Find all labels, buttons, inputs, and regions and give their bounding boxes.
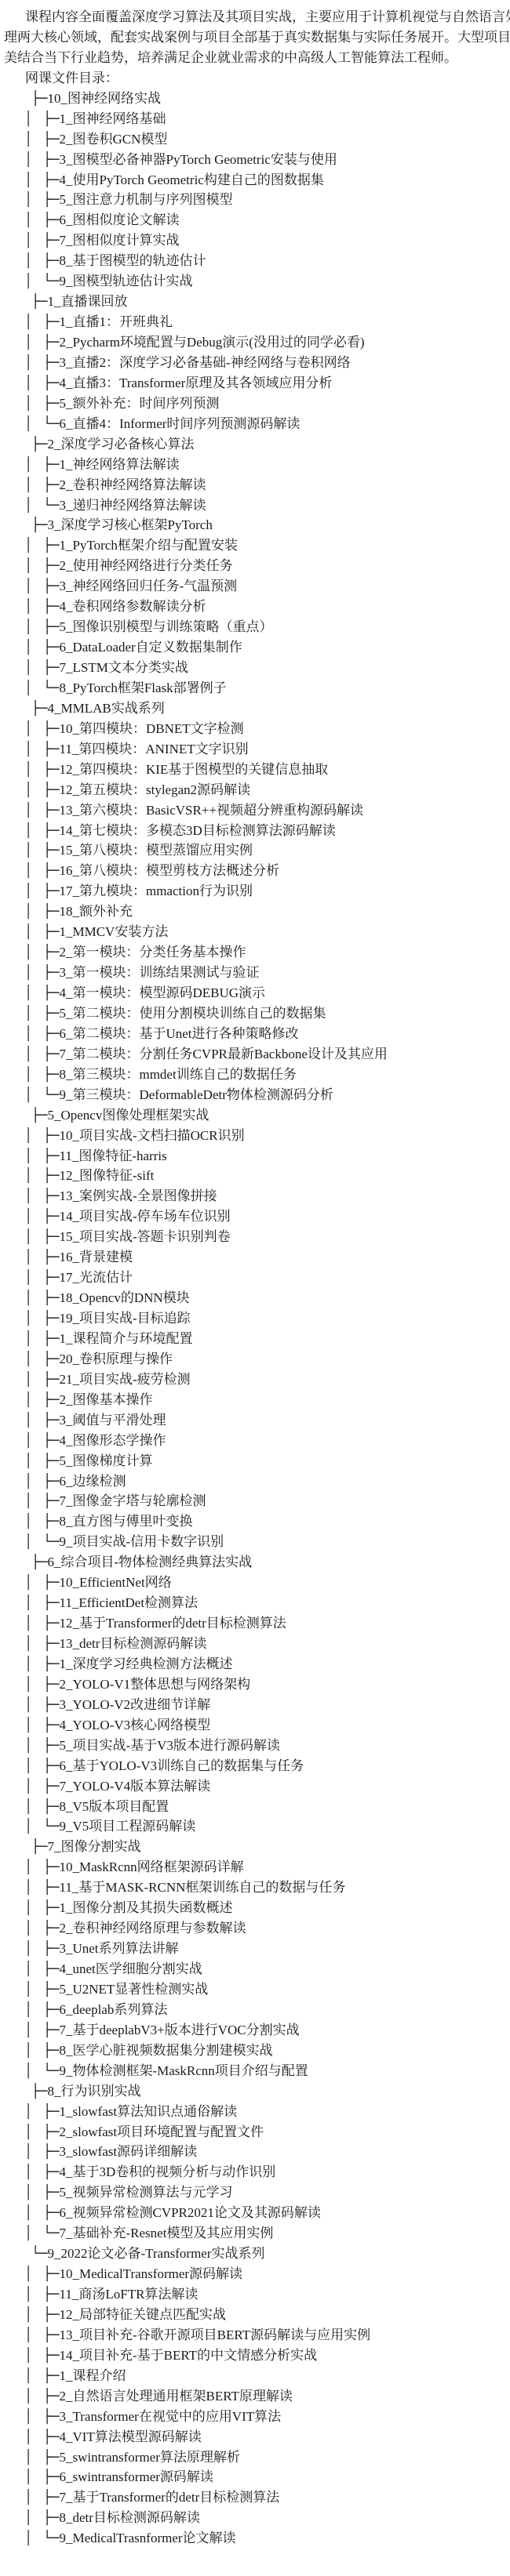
- tree-item: │├─15_第八模块：模型蒸馏应用实例: [0, 840, 510, 861]
- tree-vertical-bar: │: [24, 2041, 43, 2062]
- tree-branch-icon: └─: [43, 1819, 59, 1834]
- tree-branch-icon: ├─: [43, 803, 59, 818]
- tree-item-label: 15_项目实战-答题卡识别判卷: [59, 1229, 230, 1244]
- tree-item-label: 10_第四模块：DBNET文字检测: [59, 721, 243, 736]
- tree-vertical-bar: │: [24, 1431, 43, 1452]
- tree-item-label: 1_图像分割及其损失函数概述: [59, 1900, 232, 1915]
- tree-branch-icon: └─: [43, 1534, 59, 1550]
- tree-item: │├─4_卷积网络参数解读分析: [0, 597, 510, 617]
- tree-item-label: 4_直播3：Transformer原理及其各领域应用分析: [59, 376, 332, 390]
- tree-vertical-bar: │: [24, 923, 43, 943]
- tree-branch-icon: ├─: [43, 1372, 59, 1388]
- tree-item: │├─8_V5版本项目配置: [0, 1797, 510, 1817]
- tree-folder-label: 2_深度学习必备核心算法: [47, 437, 194, 452]
- tree-item: │├─11_EfficientDet检测算法: [0, 1593, 510, 1613]
- tree-folder-label: 10_图神经网络实战: [47, 91, 161, 106]
- tree-folder-label: 7_图像分割实战: [47, 1839, 140, 1854]
- tree-vertical-bar: │: [24, 171, 43, 191]
- tree-branch-icon: ├─: [43, 1229, 59, 1245]
- tree-branch-icon: ├─: [43, 1575, 59, 1591]
- tree-item-label: 10_MedicalTransformer源码解读: [59, 2266, 242, 2281]
- tree-item-label: 4_第一模块：模型源码DEBUG演示: [59, 985, 265, 1000]
- tree-vertical-bar: │: [24, 1309, 43, 1330]
- tree-item: │├─11_图像特征-harris: [0, 1146, 510, 1166]
- tree-item-label: 7_图相似度计算实战: [59, 233, 179, 248]
- intro-line-1: 课程内容全面覆盖深度学习算法及其项目实战，主要应用于计算机视觉与自然语言处: [0, 7, 510, 27]
- tree-folder-label: 3_深度学习核心框架PyTorch: [47, 517, 212, 532]
- tree-branch-icon: ├─: [43, 2287, 59, 2302]
- tree-item: │├─6_第二模块：基于Unet进行各种策略修改: [0, 1024, 510, 1044]
- tree-folder-label: 6_综合项目-物体检测经典算法实战: [47, 1555, 252, 1569]
- tree-item-label: 6_deeplab系列算法: [59, 2002, 167, 2017]
- tree-item: │├─8_直方图与傅里叶变换: [0, 1511, 510, 1532]
- tree-item-label: 8_直方图与傅里叶变换: [59, 1514, 192, 1529]
- tree-item-label: 8_PyTorch框架Flask部署例子: [59, 680, 226, 695]
- tree-item: │├─15_项目实战-答题卡识别判卷: [0, 1227, 510, 1247]
- tree-item-label: 4_unet医学细胞分割实战: [59, 1961, 202, 1976]
- tree-folder: ├─7_图像分割实战: [0, 1837, 510, 1857]
- tree-branch-icon: ├─: [43, 2266, 59, 2282]
- tree-branch-icon: ├─: [43, 640, 59, 655]
- tree-vertical-bar: │: [24, 2529, 43, 2549]
- tree-branch-icon: ├─: [43, 1128, 59, 1144]
- tree-item-label: 3_阈值与平滑处理: [59, 1413, 166, 1428]
- tree-item-label: 3_slowfast源码详细解读: [59, 2144, 197, 2159]
- tree-item: │├─1_神经网络算法解读: [0, 455, 510, 475]
- tree-item-label: 3_YOLO-V2改进细节详解: [59, 1697, 210, 1712]
- tree-item-label: 14_第七模块：多模态3D目标检测算法源码解读: [59, 823, 335, 838]
- tree-item-label: 7_第二模块：分割任务CVPR最新Backbone设计及其应用: [59, 1047, 387, 1061]
- tree-item: │├─2_图卷积GCN模型: [0, 129, 510, 150]
- tree-item: │├─1_课程介绍: [0, 2366, 510, 2386]
- tree-branch-icon: ├─: [43, 843, 59, 858]
- tree-item: │├─10_MaskRcnn网络框架源码详解: [0, 1857, 510, 1878]
- tree-branch-icon: ├─: [43, 1921, 59, 1936]
- tree-item: │├─2_Pycharm环境配置与Debug演示(没用过的同学必看): [0, 332, 510, 353]
- tree-vertical-bar: │: [24, 374, 43, 394]
- tree-vertical-bar: │: [24, 1655, 43, 1675]
- tree-vertical-bar: │: [24, 2021, 43, 2041]
- tree-branch-icon: ├─: [43, 1738, 59, 1754]
- tree-item: │└─7_基础补充-Resnet模型及其应用实例: [0, 2223, 510, 2244]
- tree-item: │├─1_直播1：开班典礼: [0, 312, 510, 332]
- tree-vertical-bar: │: [24, 2488, 43, 2509]
- tree-branch-icon: ├─: [43, 1067, 59, 1083]
- tree-item-label: 10_EfficientNet网络: [59, 1575, 171, 1590]
- tree-item-label: 7_基于deeplabV3+版本进行VOC分割实战: [59, 2023, 299, 2037]
- tree-folder: ├─8_行为识别实战: [0, 2081, 510, 2102]
- tree-item: │└─9_项目实战-信用卡数字识别: [0, 1532, 510, 1552]
- tree-item-label: 21_项目实战-疲劳检测: [59, 1372, 190, 1387]
- tree-branch-icon: ├─: [43, 1270, 59, 1286]
- tree-item-label: 8_基于图模型的轨迹估计: [59, 253, 206, 268]
- tree-folder: ├─6_综合项目-物体检测经典算法实战: [0, 1552, 510, 1573]
- tree-item-label: 6_直播4：Informer时间序列预测源码解读: [59, 416, 300, 431]
- tree-item: │├─13_案例实战-全景图像拼接: [0, 1186, 510, 1206]
- tree-vertical-bar: │: [24, 1065, 43, 1086]
- tree-vertical-bar: │: [24, 211, 43, 231]
- tree-item: │├─5_图注意力机制与序列图模型: [0, 190, 510, 210]
- tree-item: │├─13_项目补充-谷歌开源项目BERT源码解读与应用实例: [0, 2325, 510, 2346]
- tree-item: │├─6_deeplab系列算法: [0, 2000, 510, 2020]
- tree-branch-icon: ├─: [43, 558, 59, 574]
- tree-branch-icon: ├─: [43, 883, 59, 899]
- tree-item: │├─3_第一模块：训练结果测试与验证: [0, 963, 510, 983]
- tree-branch-icon: ├─: [43, 1026, 59, 1042]
- tree-vertical-bar: │: [24, 2183, 43, 2204]
- tree-branch-icon: ├─: [43, 314, 59, 330]
- tree-item: │├─3_直播2：深度学习必备基础-神经网络与卷积网络: [0, 353, 510, 373]
- tree-branch-icon: └─: [43, 274, 59, 289]
- tree-item-label: 12_图像特征-sift: [59, 1168, 154, 1183]
- tree-vertical-bar: │: [24, 313, 43, 333]
- tree-item-label: 10_项目实战-文档扫描OCR识别: [59, 1128, 244, 1143]
- tree-vertical-bar: │: [24, 2204, 43, 2224]
- tree-item-label: 1_图神经网络基础: [59, 111, 166, 126]
- tree-branch-icon: ├─: [43, 2144, 59, 2160]
- tree-branch-icon: ├─: [43, 1595, 59, 1611]
- tree-branch-icon: ├─: [31, 1108, 47, 1123]
- tree-item-label: 5_第二模块：使用分割模块训练自己的数据集: [59, 1006, 326, 1021]
- tree-item-label: 6_第二模块：基于Unet进行各种策略修改: [59, 1026, 298, 1041]
- tree-branch-icon: ├─: [31, 1839, 47, 1855]
- tree-item: │├─14_项目补充-基于BERT的中文情感分析实战: [0, 2346, 510, 2366]
- tree-item: │└─9_V5项目工程源码解读: [0, 1816, 510, 1837]
- tree-branch-icon: └─: [43, 2063, 59, 2079]
- tree-item: │├─5_swintransformer算法原理解析: [0, 2447, 510, 2468]
- tree-item: │├─8_基于图模型的轨迹估计: [0, 251, 510, 271]
- tree-item-label: 17_光流估计: [59, 1270, 133, 1285]
- tree-vertical-bar: │: [24, 1798, 43, 1818]
- tree-branch-icon: ├─: [43, 1250, 59, 1265]
- tree-item-label: 19_项目实战-目标追踪: [59, 1311, 190, 1326]
- tree-branch-icon: ├─: [43, 579, 59, 594]
- tree-vertical-bar: │: [24, 190, 43, 211]
- tree-branch-icon: ├─: [43, 477, 59, 493]
- tree-item: │├─6_图相似度论文解读: [0, 210, 510, 230]
- tree-item-label: 9_项目实战-信用卡数字识别: [59, 1534, 224, 1549]
- tree-item: │├─6_swintransformer源码解读: [0, 2467, 510, 2487]
- tree-branch-icon: └─: [43, 498, 59, 513]
- tree-item-label: 18_额外补充: [59, 904, 133, 919]
- tree-item-label: 2_图像基本操作: [59, 1392, 152, 1407]
- tree-item: │├─1_课程简介与环境配置: [0, 1329, 510, 1349]
- tree-branch-icon: ├─: [43, 1209, 59, 1225]
- tree-item-label: 6_边缘检测: [59, 1474, 126, 1489]
- tree-item: │├─17_光流估计: [0, 1268, 510, 1288]
- tree-item-label: 10_MaskRcnn网络框架源码详解: [59, 1859, 243, 1874]
- tree-item-label: 2_第一模块：分类任务基本操作: [59, 945, 246, 960]
- tree-item-label: 11_商汤LoFTR算法解读: [59, 2287, 198, 2302]
- tree-item-label: 6_图相似度论文解读: [59, 212, 179, 227]
- tree-branch-icon: └─: [43, 680, 59, 696]
- tree-item: │├─10_项目实战-文档扫描OCR识别: [0, 1126, 510, 1146]
- tree-item: │├─10_第四模块：DBNET文字检测: [0, 719, 510, 739]
- tree-item: │└─3_递归神经网络算法解读: [0, 495, 510, 516]
- tree-branch-icon: ├─: [43, 2002, 59, 2018]
- tree-item: │├─4_unet医学细胞分割实战: [0, 1959, 510, 1979]
- tree-item: │└─9_图模型轨迹估计实战: [0, 271, 510, 292]
- tree-vertical-bar: │: [24, 943, 43, 963]
- tree-branch-icon: ├─: [31, 2084, 47, 2099]
- tree-vertical-bar: │: [24, 110, 43, 130]
- tree-branch-icon: └─: [31, 2246, 47, 2262]
- tree-item: │├─5_图像梯度计算: [0, 1451, 510, 1471]
- tree-item: │├─7_基于deeplabV3+版本进行VOC分割实战: [0, 2020, 510, 2041]
- tree-vertical-bar: │: [24, 2346, 43, 2367]
- tree-item-label: 8_V5版本项目配置: [59, 1799, 169, 1814]
- tree-vertical-bar: │: [24, 354, 43, 374]
- tree-item-label: 5_项目实战-基于V3版本进行源码解读: [59, 1738, 279, 1753]
- tree-branch-icon: ├─: [43, 2124, 59, 2140]
- tree-branch-icon: ├─: [43, 1697, 59, 1713]
- tree-branch-icon: ├─: [43, 2429, 59, 2445]
- tree-branch-icon: ├─: [43, 538, 59, 553]
- tree-vertical-bar: │: [24, 2142, 43, 2163]
- tree-branch-icon: ├─: [43, 172, 59, 188]
- tree-item: │├─7_YOLO-V4版本算法解读: [0, 1776, 510, 1797]
- tree-item: │├─3_神经网络回归任务-气温预测: [0, 576, 510, 597]
- tree-item: │├─3_Transformer在视觉中的应用VIT算法: [0, 2407, 510, 2427]
- tree-item-label: 3_第一模块：训练结果测试与验证: [59, 965, 259, 980]
- tree-item-label: 11_基于MASK-RCNN框架训练自己的数据与任务: [59, 1880, 345, 1895]
- tree-item-label: 11_第四模块：ANINET文字识别: [59, 742, 248, 756]
- tree-vertical-bar: │: [24, 272, 43, 292]
- tree-branch-icon: ├─: [43, 2389, 59, 2404]
- tree-vertical-bar: │: [24, 1757, 43, 1777]
- tree-branch-icon: ├─: [43, 233, 59, 249]
- tree-branch-icon: ├─: [43, 132, 59, 147]
- tree-item: │├─2_自然语言处理通用框架BERT原理解读: [0, 2386, 510, 2407]
- tree-item: │├─3_slowfast源码详细解读: [0, 2142, 510, 2162]
- tree-vertical-bar: │: [24, 151, 43, 171]
- tree-item-label: 5_视频异常检测算法与元学习: [59, 2185, 232, 2200]
- tree-vertical-bar: │: [24, 1207, 43, 1228]
- tree-vertical-bar: │: [24, 1127, 43, 1147]
- tree-vertical-bar: │: [24, 1268, 43, 1289]
- tree-item: │├─11_第四模块：ANINET文字识别: [0, 739, 510, 760]
- tree-item: │├─16_背景建模: [0, 1247, 510, 1268]
- directory-title: 网课文件目录：: [0, 68, 510, 89]
- tree-vertical-bar: │: [24, 1004, 43, 1025]
- tree-vertical-bar: │: [24, 618, 43, 638]
- tree-branch-icon: ├─: [43, 1779, 59, 1794]
- tree-vertical-bar: │: [24, 2468, 43, 2488]
- tree-item-label: 4_卷积网络参数解读分析: [59, 599, 206, 614]
- tree-item-label: 8_医学心脏视频数据集分割建模实战: [59, 2043, 272, 2058]
- tree-item: │├─2_使用神经网络进行分类任务: [0, 556, 510, 576]
- tree-item: │├─14_第七模块：多模态3D目标检测算法源码解读: [0, 821, 510, 841]
- tree-vertical-bar: │: [24, 2509, 43, 2529]
- tree-item-label: 1_课程介绍: [59, 2368, 126, 2383]
- tree-branch-icon: ├─: [31, 517, 47, 533]
- tree-item: │├─3_阈值与平滑处理: [0, 1410, 510, 1431]
- tree-branch-icon: ├─: [43, 1859, 59, 1875]
- tree-folder-label: 5_Opencv图像处理框架实战: [47, 1108, 209, 1123]
- tree-item-label: 2_图卷积GCN模型: [59, 132, 167, 147]
- tree-branch-icon: ├─: [43, 1290, 59, 1306]
- tree-item: │├─4_VIT算法模型源码解读: [0, 2427, 510, 2447]
- tree-vertical-bar: │: [24, 2428, 43, 2448]
- tree-vertical-bar: │: [24, 801, 43, 822]
- course-document: 课程内容全面覆盖深度学习算法及其项目实战，主要应用于计算机视觉与自然语言处 理两…: [0, 0, 510, 2549]
- tree-vertical-bar: │: [24, 2123, 43, 2143]
- tree-item: │├─6_DataLoader自定义数据集制作: [0, 637, 510, 658]
- tree-branch-icon: ├─: [43, 1961, 59, 1977]
- tree-branch-icon: ├─: [43, 335, 59, 350]
- tree-item-label: 2_卷积神经网络原理与参数解读: [59, 1921, 246, 1936]
- tree-item: │├─5_图像识别模型与训练策略（重点）: [0, 617, 510, 637]
- tree-item-label: 7_基础补充-Resnet模型及其应用实例: [59, 2226, 273, 2240]
- tree-item: │├─1_MMCV安装方法: [0, 922, 510, 942]
- tree-vertical-bar: │: [24, 638, 43, 659]
- tree-item-label: 18_Opencv的DNN模块: [59, 1290, 189, 1305]
- tree-branch-icon: ├─: [43, 1514, 59, 1529]
- tree-branch-icon: ├─: [43, 1880, 59, 1896]
- tree-item: │├─1_slowfast算法知识点通俗解读: [0, 2102, 510, 2122]
- tree-vertical-bar: │: [24, 1736, 43, 1757]
- tree-item-label: 5_swintransformer算法原理解析: [59, 2450, 239, 2465]
- tree-item-label: 9_第三模块：DeformableDetr物体检测源码分析: [59, 1087, 333, 1102]
- tree-item: │├─19_项目实战-目标追踪: [0, 1308, 510, 1329]
- tree-item: │├─5_额外补充：时间序列预测: [0, 394, 510, 414]
- tree-vertical-bar: │: [24, 1147, 43, 1167]
- tree-item: │├─18_Opencv的DNN模块: [0, 1288, 510, 1308]
- tree-vertical-bar: │: [24, 1696, 43, 1716]
- tree-vertical-bar: │: [24, 496, 43, 517]
- tree-item-label: 8_第三模块：mmdet训练自己的数据任务: [59, 1067, 296, 1082]
- tree-vertical-bar: │: [24, 1919, 43, 1939]
- tree-branch-icon: ├─: [43, 1331, 59, 1347]
- tree-item: │└─9_第三模块：DeformableDetr物体检测源码分析: [0, 1085, 510, 1105]
- tree-item-label: 9_MedicalTrasnformer论文解读: [59, 2531, 235, 2545]
- tree-vertical-bar: │: [24, 1492, 43, 1512]
- tree-item-label: 2_卷积神经网络算法解读: [59, 477, 206, 492]
- tree-branch-icon: ├─: [43, 376, 59, 391]
- tree-item-label: 7_LSTM文本分类实战: [59, 660, 188, 675]
- tree-item-label: 8_detr目标检测源码解读: [59, 2510, 199, 2525]
- tree-item: │├─1_深度学习经典检测方法概述: [0, 1654, 510, 1674]
- tree-item-label: 7_图像金字塔与轮廓检测: [59, 1493, 206, 1508]
- tree-item-label: 6_swintransformer源码解读: [59, 2469, 213, 2484]
- tree-vertical-bar: │: [24, 1187, 43, 1207]
- tree-vertical-bar: │: [24, 2407, 43, 2428]
- tree-item-label: 3_神经网络回归任务-气温预测: [59, 579, 237, 593]
- tree-item: │└─9_物体检测框架-MaskRcnn项目介绍与配置: [0, 2061, 510, 2081]
- tree-vertical-bar: │: [24, 2001, 43, 2021]
- tree-item-label: 12_第五模块：stylegan2源码解读: [59, 782, 250, 797]
- tree-vertical-bar: │: [24, 231, 43, 252]
- tree-branch-icon: └─: [43, 1087, 59, 1103]
- tree-branch-icon: ├─: [43, 2185, 59, 2200]
- tree-folder: ├─1_直播课回放: [0, 292, 510, 312]
- tree-vertical-bar: │: [24, 1675, 43, 1696]
- tree-branch-icon: ├─: [43, 2164, 59, 2180]
- tree-vertical-bar: │: [24, 1452, 43, 1472]
- tree-item: │├─13_第六模块：BasicVSR++视频超分辨重构源码解读: [0, 800, 510, 821]
- tree-item-label: 20_卷积原理与操作: [59, 1351, 173, 1366]
- tree-branch-icon: ├─: [43, 212, 59, 228]
- tree-folder: ├─2_深度学习必备核心算法: [0, 434, 510, 455]
- tree-branch-icon: ├─: [43, 1493, 59, 1509]
- tree-item-label: 5_图像识别模型与训练策略（重点）: [59, 619, 272, 634]
- tree-item-label: 2_YOLO-V1整体思想与网络架构: [59, 1677, 250, 1692]
- tree-vertical-bar: │: [24, 1370, 43, 1391]
- tree-vertical-bar: │: [24, 1045, 43, 1065]
- tree-vertical-bar: │: [24, 1858, 43, 1878]
- tree-branch-icon: ├─: [43, 1677, 59, 1693]
- tree-item: │├─4_YOLO-V3核心网络模型: [0, 1715, 510, 1736]
- tree-vertical-bar: │: [24, 720, 43, 740]
- tree-branch-icon: ├─: [43, 1148, 59, 1164]
- tree-item: │├─2_卷积神经网络算法解读: [0, 475, 510, 495]
- tree-folder: ├─5_Opencv图像处理框架实战: [0, 1105, 510, 1126]
- tree-folder: ├─3_深度学习核心框架PyTorch: [0, 515, 510, 535]
- tree-branch-icon: ├─: [43, 1758, 59, 1774]
- tree-item: │└─9_MedicalTrasnformer论文解读: [0, 2528, 510, 2549]
- tree-item: │├─2_卷积神经网络原理与参数解读: [0, 1918, 510, 1939]
- tree-item: │├─7_基于Transformer的detr目标检测算法: [0, 2487, 510, 2508]
- tree-vertical-bar: │: [24, 415, 43, 435]
- tree-branch-icon: ├─: [43, 2327, 59, 2343]
- tree-item: │├─13_detr目标检测源码解读: [0, 1634, 510, 1654]
- tree-branch-icon: ├─: [43, 2450, 59, 2465]
- tree-item-label: 2_使用神经网络进行分类任务: [59, 558, 232, 573]
- tree-vertical-bar: │: [24, 781, 43, 801]
- tree-branch-icon: ├─: [43, 742, 59, 757]
- tree-branch-icon: ├─: [43, 924, 59, 940]
- tree-branch-icon: ├─: [43, 1718, 59, 1733]
- tree-branch-icon: ├─: [43, 2023, 59, 2038]
- tree-item: │├─12_第四模块：KIE基于图模型的关键信息抽取: [0, 760, 510, 780]
- tree-item: │├─4_使用PyTorch Geometric构建自己的图数据集: [0, 170, 510, 190]
- tree-vertical-bar: │: [24, 1248, 43, 1268]
- file-tree: ├─10_图神经网络实战│├─1_图神经网络基础│├─2_图卷积GCN模型│├─…: [0, 89, 510, 2549]
- tree-vertical-bar: │: [24, 1411, 43, 1431]
- tree-branch-icon: └─: [43, 416, 59, 432]
- tree-item: │├─14_项目实战-停车场车位识别: [0, 1206, 510, 1227]
- tree-item-label: 5_U2NET显著性检测实战: [59, 1982, 208, 1997]
- tree-vertical-bar: │: [24, 2326, 43, 2346]
- tree-folder-label: 4_MMLAB实战系列: [47, 701, 164, 716]
- tree-branch-icon: ├─: [43, 2368, 59, 2384]
- tree-vertical-bar: │: [24, 1878, 43, 1899]
- tree-branch-icon: ├─: [43, 2510, 59, 2526]
- tree-vertical-bar: │: [24, 2103, 43, 2123]
- tree-vertical-bar: │: [24, 1330, 43, 1350]
- tree-vertical-bar: │: [24, 130, 43, 151]
- tree-item: │├─5_第二模块：使用分割模块训练自己的数据集: [0, 1003, 510, 1024]
- tree-item-label: 11_EfficientDet检测算法: [59, 1595, 198, 1610]
- tree-item: │├─4_图像形态学操作: [0, 1431, 510, 1451]
- tree-vertical-bar: │: [24, 455, 43, 476]
- tree-item: │├─8_第三模块：mmdet训练自己的数据任务: [0, 1065, 510, 1085]
- tree-item: │├─16_第八模块：模型剪枝方法概述分析: [0, 861, 510, 881]
- tree-branch-icon: ├─: [43, 355, 59, 371]
- tree-item-label: 12_第四模块：KIE基于图模型的关键信息抽取: [59, 762, 328, 777]
- tree-vertical-bar: │: [24, 1391, 43, 1411]
- tree-branch-icon: ├─: [43, 904, 59, 920]
- tree-branch-icon: ├─: [43, 1616, 59, 1631]
- tree-item-label: 4_YOLO-V3核心网络模型: [59, 1718, 210, 1732]
- tree-branch-icon: ├─: [43, 1453, 59, 1469]
- tree-vertical-bar: │: [24, 2285, 43, 2306]
- tree-vertical-bar: │: [24, 963, 43, 984]
- tree-item: │└─6_直播4：Informer时间序列预测源码解读: [0, 414, 510, 434]
- tree-item: │├─2_图像基本操作: [0, 1390, 510, 1410]
- tree-item: │├─7_LSTM文本分类实战: [0, 658, 510, 678]
- tree-item-label: 7_YOLO-V4版本算法解读: [59, 1779, 210, 1794]
